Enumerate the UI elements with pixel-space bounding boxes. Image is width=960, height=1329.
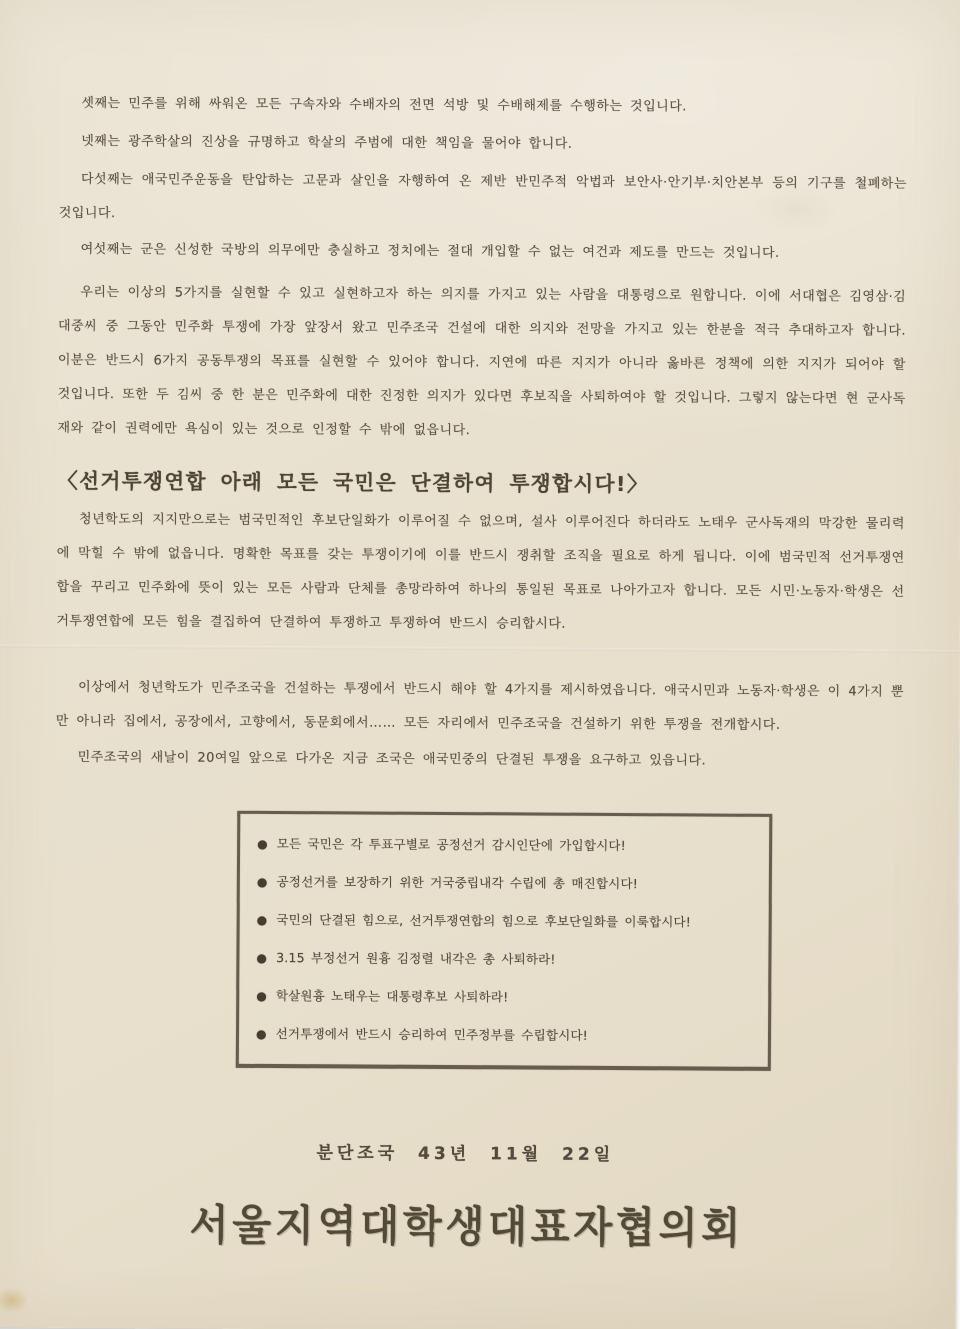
- slogan-item: ● 공정선거를 보장하기 위한 거국중립내각 수립에 총 매진합시다!: [257, 863, 755, 904]
- bullet-icon: ●: [257, 826, 268, 863]
- point-four: 넷째는 광주학살의 진상을 규명하고 학살의 주범에 대한 책임을 물어야 합니…: [59, 125, 907, 164]
- paragraph-tasks: 이상에서 청년학도가 민주조국을 건설하는 투쟁에서 반드시 해야 할 4가지를…: [56, 671, 904, 744]
- leaflet-content: 셋째는 민주를 위해 싸워온 모든 구속자와 수배자의 전면 석방 및 수배해제…: [52, 0, 908, 1324]
- slogan-item: ● 모든 국민은 각 투표구별로 공정선거 감시인단에 가입합시다!: [257, 825, 755, 866]
- slogan-text: 모든 국민은 각 투표구별로 공정선거 감시인단에 가입합시다!: [277, 825, 756, 865]
- bullet-icon: ●: [256, 1016, 267, 1053]
- organization-name: 서울지역대학생대표자협의회: [43, 1191, 891, 1256]
- paper-stain: [0, 1287, 29, 1313]
- slogan-text: 학살원흉 노태우는 대통령후보 사퇴하라!: [276, 977, 755, 1017]
- leaflet-paper: 셋째는 민주를 위해 싸워온 모든 구속자와 수배자의 전면 석방 및 수배해제…: [0, 0, 960, 1329]
- upper-text-block: 셋째는 민주를 위해 싸워온 모든 구속자와 수배자의 전면 석방 및 수배해제…: [56, 87, 907, 644]
- scan-background: 셋째는 민주를 위해 싸워온 모든 구속자와 수배자의 전면 석방 및 수배해제…: [0, 0, 960, 1329]
- slogan-item: ● 3.15 부정선거 원흉 김정렬 내각은 총 사퇴하라!: [256, 939, 754, 980]
- paragraph-candidate: 우리는 이상의 5가지를 실현할 수 있고 실현하고자 하는 의지를 가지고 있…: [57, 276, 906, 451]
- slogan-text: 3.15 부정선거 원흉 김정렬 내각은 총 사퇴하라!: [276, 939, 755, 979]
- slogan-item: ● 선거투쟁에서 반드시 승리하여 민주정부를 수립합시다!: [256, 1015, 754, 1056]
- bullet-icon: ●: [257, 864, 268, 901]
- paragraph-union: 청년학도의 지지만으로는 범국민적인 후보단일화가 이루어질 수 없으며, 설사…: [56, 503, 905, 644]
- bullet-icon: ●: [256, 978, 267, 1015]
- date-line: 분단조국 43년 11월 22일: [41, 1137, 889, 1167]
- slogan-item: ● 학살원흉 노태우는 대통령후보 사퇴하라!: [256, 977, 754, 1018]
- section-heading: 〈선거투쟁연합 아래 모든 국민은 단결하여 투쟁합시다!〉: [57, 464, 905, 499]
- slogan-box: ● 모든 국민은 각 투표구별로 공정선거 감시인단에 가입합시다! ● 공정선…: [236, 811, 772, 1071]
- slogan-item: ● 국민의 단결된 힘으로, 선거투쟁연합의 힘으로 후보단일화를 이룩합시다!: [257, 901, 755, 942]
- bullet-icon: ●: [256, 940, 267, 977]
- slogan-text: 국민의 단결된 힘으로, 선거투쟁연합의 힘으로 후보단일화를 이룩합시다!: [276, 901, 755, 941]
- point-three: 셋째는 민주를 위해 싸워온 모든 구속자와 수배자의 전면 석방 및 수배해제…: [59, 87, 907, 126]
- point-six: 여섯째는 군은 신성한 국방의 의무에만 충실하고 정치에는 절대 개입할 수 …: [58, 233, 906, 272]
- slogan-text: 공정선거를 보장하기 위한 거국중립내각 수립에 총 매진합시다!: [276, 863, 755, 903]
- tasks-text-block: 이상에서 청년학도가 민주조국을 건설하는 투쟁에서 반드시 해야 할 4가지를…: [55, 671, 904, 780]
- bullet-icon: ●: [257, 902, 268, 939]
- point-five: 다섯째는 애국민주운동을 탄압하는 고문과 살인을 자행하여 온 제반 반민주적…: [59, 163, 907, 236]
- slogan-text: 선거투쟁에서 반드시 승리하여 민주정부를 수립합시다!: [276, 1015, 755, 1055]
- paragraph-new-day: 민주조국의 새날이 20여일 앞으로 다가온 지금 조국은 애국민중의 단결된 …: [55, 741, 903, 780]
